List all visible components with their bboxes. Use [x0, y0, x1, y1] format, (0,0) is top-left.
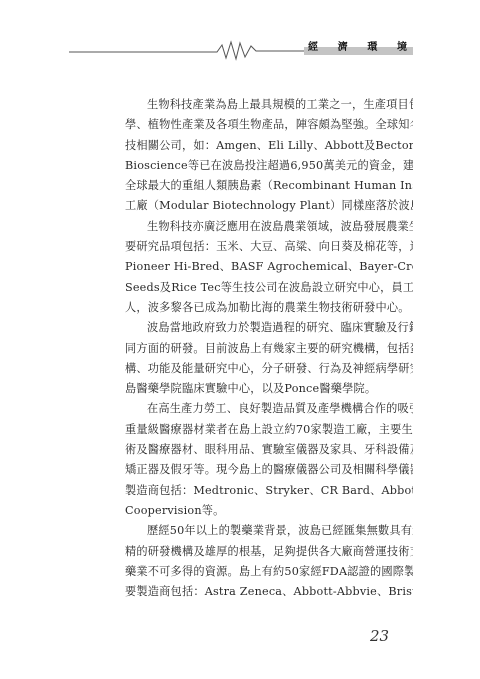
page-header: 經 濟 環 境: [0, 30, 480, 70]
text-line: 工廠（Modular Biotechnology Plant）同樣座落於波島。: [125, 196, 413, 216]
text-line: 矯正器及假牙等。現今島上的醫療儀器公司及相關科學儀器的國際性: [125, 460, 413, 480]
body-text: 生物科技產業為島上最具規模的工業之一，生產項目包括醫療化學、植物性產業及各項生物…: [125, 95, 413, 602]
text-line: 技相關公司，如：Amgen、Eli Lilly、Abbott及Becton Di…: [125, 136, 413, 156]
text-line: 學、植物性產業及各項生物產品，陣容頗為堅強。全球知名的生物科: [125, 115, 413, 135]
section-title-char: 境: [397, 40, 407, 56]
text-line: 全球最大的重組人類胰島素（Recombinant Human Insulin）的…: [125, 176, 413, 196]
text-line: 生物科技產業為島上最具規模的工業之一，生產項目包括醫療化: [125, 95, 413, 115]
text-line: Seeds及Rice Tec等生技公司在波島設立研究中心，員工數約2,500: [125, 278, 413, 298]
section-title-char: 環: [367, 40, 377, 56]
text-line: 要研究品項包括：玉米、大豆、高粱、向日葵及棉花等，迄今計有: [125, 237, 413, 257]
text-line: Bioscience等已在波島投注超過6,950萬美元的資金，建立4間工廠；: [125, 156, 413, 176]
text-line: Pioneer Hi-Bred、BASF Agrochemical、Bayer-…: [125, 257, 413, 277]
section-title-char: 經: [308, 40, 318, 56]
text-line: 精的研發機構及雄厚的根基，足夠提供各大廠商營運技術支持，是製: [125, 542, 413, 562]
text-line: 波島當地政府致力於製造過程的研究、臨床實驗及行銷策略等不: [125, 318, 413, 338]
text-line: 生物科技亦廣泛應用在波島農業領域，波島發展農業生物技術主: [125, 217, 413, 237]
text-line: 重量級醫療器材業者在島上設立約70家製造工廠，主要生產項目為手: [125, 420, 413, 440]
page-number: 23: [370, 627, 389, 645]
text-line: 藥業不可多得的資源。島上有約50家經FDA認證的國際製藥廠，主: [125, 562, 413, 582]
text-line: 島醫藥學院臨床實驗中心，以及Ponce醫藥學院。: [125, 379, 413, 399]
section-title: 經 濟 環 境: [304, 40, 413, 56]
text-line: 構、功能及能量研究中心，分子研發、行為及神經病學研究中心，波: [125, 359, 413, 379]
text-line: Coopervision等。: [125, 501, 413, 521]
section-title-char: 濟: [338, 40, 348, 56]
text-line: 同方面的研發。目前波島上有幾家主要的研究機構，包括蛋白質結: [125, 339, 413, 359]
text-line: 在高生產力勞工、良好製造品質及產學機構合作的吸引下，多家: [125, 399, 413, 419]
text-line: 製造商包括：Medtronic、Stryker、CR Bard、Abbott M…: [125, 481, 413, 501]
text-line: 要製造商包括：Astra Zeneca、Abbott-Abbvie、Bristo…: [125, 582, 413, 602]
text-line: 人，波多黎各已成為加勒比海的農業生物技術研發中心。: [125, 298, 413, 318]
text-line: 歷經50年以上的製藥業背景，波島已經匯集無數具有創造力且專: [125, 521, 413, 541]
text-line: 術及醫療器材、眼科用品、實驗室儀器及家具、牙科設備及器材，如: [125, 440, 413, 460]
